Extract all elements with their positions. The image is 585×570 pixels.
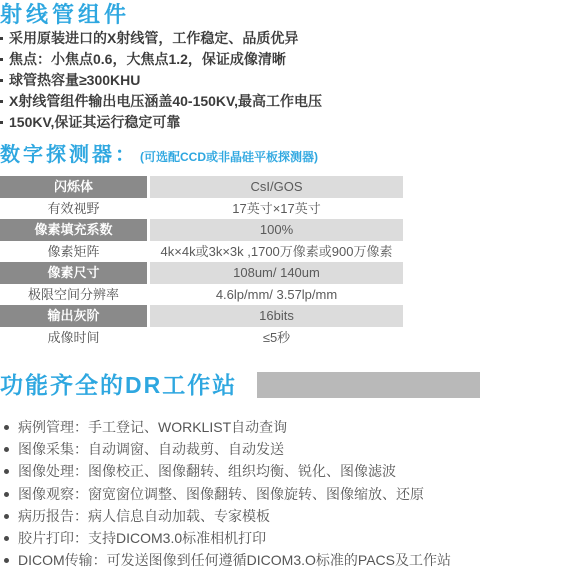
round-bullet-icon xyxy=(4,469,9,474)
list-item-text: 图像采集：自动调窗、自动裁剪、自动发送 xyxy=(18,441,284,457)
list-item-text: 150KV,保证其运行稳定可靠 xyxy=(9,114,180,130)
section-workstation-title: 功能齐全的DR工作站 xyxy=(0,371,237,399)
spec-label-cell: 像素矩阵 xyxy=(0,241,147,263)
list-item: 病例管理：手工登记、WORKLIST自动查询 xyxy=(0,416,585,438)
spec-label-cell: 输出灰阶 xyxy=(0,305,147,327)
table-row: 极限空间分辨率 4.6lp/mm/ 3.57lp/mm xyxy=(0,284,403,306)
list-item: 采用原装进口的X射线管，工作稳定、品质优异 xyxy=(0,28,585,49)
table-row: 闪烁体 CsI/GOS xyxy=(0,176,403,198)
spec-label-cell: 有效视野 xyxy=(0,198,147,220)
table-row: 像素尺寸 108um/ 140um xyxy=(0,262,403,284)
list-item: 图像观察：窗宽窗位调整、图像翻转、图像旋转、图像缩放、还原 xyxy=(0,483,585,505)
spec-value-cell: 4k×4k或3k×3k ,1700万像素或900万像素 xyxy=(150,241,403,263)
table-row: 像素矩阵 4k×4k或3k×3k ,1700万像素或900万像素 xyxy=(0,241,403,263)
table-row: 像素填充系数 100% xyxy=(0,219,403,241)
square-bullet-icon xyxy=(0,58,3,61)
table-row: 输出灰阶 16bits xyxy=(0,305,403,327)
round-bullet-icon xyxy=(4,492,9,497)
list-item-text: 病历报告：病人信息自动加载、专家模板 xyxy=(18,508,270,524)
headline-bar xyxy=(257,372,480,398)
square-bullet-icon xyxy=(0,100,3,103)
round-bullet-icon xyxy=(4,558,9,563)
spec-label-cell: 极限空间分辨率 xyxy=(0,284,147,306)
list-item: 焦点：小焦点0.6，大焦点1.2，保证成像清晰 xyxy=(0,49,585,70)
list-item: 胶片打印：支持DICOM3.0标准相机打印 xyxy=(0,527,585,549)
table-row: 有效视野 17英寸×17英寸 xyxy=(0,198,403,220)
spec-label-cell: 闪烁体 xyxy=(0,176,147,198)
list-item-text: 胶片打印：支持DICOM3.0标准相机打印 xyxy=(18,530,266,546)
list-item: X射线管组件输出电压涵盖40-150KV,最高工作电压 xyxy=(0,91,585,112)
list-item-text: 病例管理：手工登记、WORKLIST自动查询 xyxy=(18,419,287,435)
detector-spec-table: 闪烁体 CsI/GOS 有效视野 17英寸×17英寸 像素填充系数 100% 像… xyxy=(0,176,403,348)
spec-value-cell: 108um/ 140um xyxy=(150,262,403,284)
list-item: 图像采集：自动调窗、自动裁剪、自动发送 xyxy=(0,438,585,460)
round-bullet-icon xyxy=(4,514,9,519)
list-item-text: DICOM传输：可发送图像到任何遵循DICOM3.O标准的PACS及工作站 xyxy=(18,552,451,568)
square-bullet-icon xyxy=(0,121,3,124)
brochure-page: 射线管组件 采用原装进口的X射线管，工作稳定、品质优异 焦点：小焦点0.6，大焦… xyxy=(0,0,585,570)
table-row: 成像时间 ≤5秒 xyxy=(0,327,403,349)
spec-label-cell: 成像时间 xyxy=(0,327,147,349)
list-item-text: 图像观察：窗宽窗位调整、图像翻转、图像旋转、图像缩放、还原 xyxy=(18,486,424,502)
spec-value-cell: 17英寸×17英寸 xyxy=(150,198,403,220)
square-bullet-icon xyxy=(0,37,3,40)
spec-value-cell: 100% xyxy=(150,219,403,241)
spec-value-cell: ≤5秒 xyxy=(150,327,403,349)
spec-value-cell: 16bits xyxy=(150,305,403,327)
list-item-text: 球管热容量≥300KHU xyxy=(9,72,140,88)
section-xray-tube-title: 射线管组件 xyxy=(0,3,130,26)
section-workstation-header: 功能齐全的DR工作站 xyxy=(0,371,480,399)
section-detector-header: 数字探测器： (可选配CCD或非晶硅平板探测器) xyxy=(0,144,318,166)
list-item-text: 焦点：小焦点0.6，大焦点1.2，保证成像清晰 xyxy=(9,51,286,67)
list-item-text: X射线管组件输出电压涵盖40-150KV,最高工作电压 xyxy=(9,93,322,109)
round-bullet-icon xyxy=(4,447,9,452)
spec-label-cell: 像素填充系数 xyxy=(0,219,147,241)
square-bullet-icon xyxy=(0,79,3,82)
section-detector-subtitle: (可选配CCD或非晶硅平板探测器) xyxy=(140,148,318,165)
list-item-text: 采用原装进口的X射线管，工作稳定、品质优异 xyxy=(9,30,298,46)
list-item: DICOM传输：可发送图像到任何遵循DICOM3.O标准的PACS及工作站 xyxy=(0,549,585,570)
workstation-feature-list: 病例管理：手工登记、WORKLIST自动查询 图像采集：自动调窗、自动裁剪、自动… xyxy=(0,416,585,570)
section-detector-title: 数字探测器： xyxy=(0,144,138,166)
spec-value-cell: CsI/GOS xyxy=(150,176,403,198)
xray-tube-feature-list: 采用原装进口的X射线管，工作稳定、品质优异 焦点：小焦点0.6，大焦点1.2，保… xyxy=(0,28,585,133)
list-item: 病历报告：病人信息自动加载、专家模板 xyxy=(0,505,585,527)
spec-value-cell: 4.6lp/mm/ 3.57lp/mm xyxy=(150,284,403,306)
list-item: 150KV,保证其运行稳定可靠 xyxy=(0,112,585,133)
list-item: 球管热容量≥300KHU xyxy=(0,70,585,91)
round-bullet-icon xyxy=(4,425,9,430)
spec-label-cell: 像素尺寸 xyxy=(0,262,147,284)
list-item: 图像处理：图像校正、图像翻转、组织均衡、锐化、图像滤波 xyxy=(0,460,585,482)
list-item-text: 图像处理：图像校正、图像翻转、组织均衡、锐化、图像滤波 xyxy=(18,463,396,479)
round-bullet-icon xyxy=(4,536,9,541)
